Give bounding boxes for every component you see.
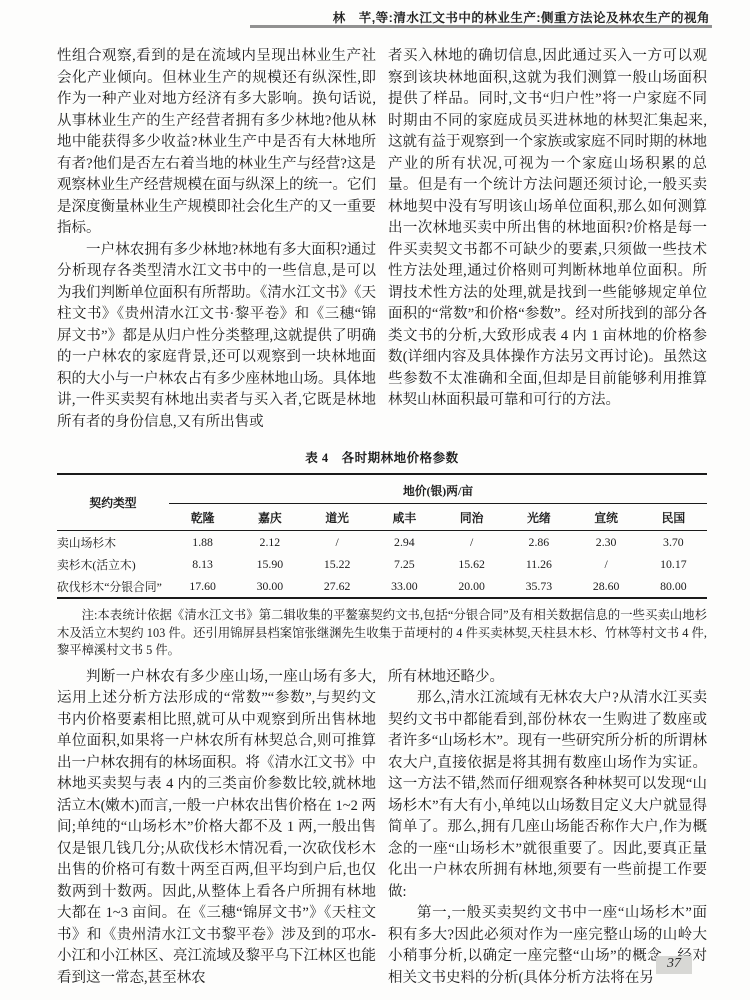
paragraph: 性组合观察,看到的是在流域内呈现出林业生产社会化产业倾向。但林业生产的规模还有纵… [57, 46, 376, 240]
column-header: 宣统 [573, 504, 640, 531]
table-row-header: 契约类型 [57, 474, 169, 531]
table-cell: 3.70 [640, 531, 707, 554]
table-cell: 20.00 [438, 575, 505, 598]
table-cell: 11.26 [505, 553, 572, 575]
table-row: 卖山场杉木 1.88 2.12 / 2.94 / 2.86 2.30 3.70 [57, 531, 707, 554]
column-header: 同治 [438, 504, 505, 531]
paragraph: 那么,清水江流域有无林农大户?从清水江买卖契约文书中都能看到,部份林农一生购进了… [388, 688, 707, 903]
table-cell: / [573, 553, 640, 575]
table-cell: / [304, 531, 371, 554]
table-cell: / [438, 531, 505, 554]
table-cell: 35.73 [505, 575, 572, 598]
row-label: 卖山场杉木 [57, 531, 169, 554]
running-header: 林 芊,等:清水江文书中的林业生产:侧重方法论及林农生产的视角 [333, 8, 710, 26]
table-cell: 15.22 [304, 553, 371, 575]
table-cell: 8.13 [169, 553, 236, 575]
row-label: 砍伐杉木“分银合同” [57, 575, 169, 598]
row-label: 卖杉木(活立木) [57, 553, 169, 575]
column-header: 乾隆 [169, 504, 236, 531]
top-left-column: 性组合观察,看到的是在流域内呈现出林业生产社会化产业倾向。但林业生产的规模还有纵… [57, 46, 376, 433]
table-title: 表 4 各时期林地价格参数 [57, 448, 707, 466]
bottom-left-column: 判断一户林农有多少座山场,一座山场有多大,运用上述分析方法形成的“常数”“参数”… [57, 667, 376, 990]
table-cell: 28.60 [573, 575, 640, 598]
paragraph: 判断一户林农有多少座山场,一座山场有多大,运用上述分析方法形成的“常数”“参数”… [57, 667, 376, 990]
table-row: 砍伐杉木“分银合同” 17.60 30.00 27.62 33.00 20.00… [57, 575, 707, 598]
table-group-header: 地价(银)两/亩 [169, 474, 707, 504]
paragraph: 一户林农拥有多少林地?林地有多大面积?通过分析现存各类型清水江文书中的一些信息,… [57, 240, 376, 434]
top-columns: 性组合观察,看到的是在流域内呈现出林业生产社会化产业倾向。但林业生产的规模还有纵… [57, 46, 707, 433]
price-table: 契约类型 地价(银)两/亩 乾隆 嘉庆 道光 咸丰 同治 光绪 宣统 民国 [57, 473, 707, 599]
page-content: 性组合观察,看到的是在流域内呈现出林业生产社会化产业倾向。但林业生产的规模还有纵… [57, 46, 707, 989]
paragraph: 者买入林地的确切信息,因此通过买入一方可以观察到该块林地面积,这就为我们测算一般… [388, 46, 707, 412]
table-cell: 2.30 [573, 531, 640, 554]
header-rule [250, 25, 712, 28]
table-cell: 1.88 [169, 531, 236, 554]
table-cell: 15.62 [438, 553, 505, 575]
table-cell: 2.12 [236, 531, 303, 554]
table-cell: 2.86 [505, 531, 572, 554]
table-block: 表 4 各时期林地价格参数 契约类型 地价(银)两/亩 乾隆 嘉庆 道光 咸丰 … [57, 448, 707, 660]
table-cell: 7.25 [371, 553, 438, 575]
table-cell: 2.94 [371, 531, 438, 554]
table-cell: 33.00 [371, 575, 438, 598]
column-header: 民国 [640, 504, 707, 531]
table-header-row: 契约类型 地价(银)两/亩 [57, 474, 707, 504]
bottom-columns: 判断一户林农有多少座山场,一座山场有多大,运用上述分析方法形成的“常数”“参数”… [57, 667, 707, 990]
paragraph: 所有林地还略少。 [388, 667, 707, 689]
column-header: 道光 [304, 504, 371, 531]
top-right-column: 者买入林地的确切信息,因此通过买入一方可以观察到该块林地面积,这就为我们测算一般… [388, 46, 707, 433]
table-cell: 80.00 [640, 575, 707, 598]
table-cell: 30.00 [236, 575, 303, 598]
paragraph: 第一,一般买卖契约文书中一座“山场杉木”面积有多大?因此必须对作为一座完整山场的… [388, 903, 707, 989]
bottom-right-column: 所有林地还略少。 那么,清水江流域有无林农大户?从清水江买卖契约文书中都能看到,… [388, 667, 707, 990]
table-cell: 10.17 [640, 553, 707, 575]
journal-page: 林 芊,等:清水江文书中的林业生产:侧重方法论及林农生产的视角 性组合观察,看到… [0, 0, 750, 1000]
table-row: 卖杉木(活立木) 8.13 15.90 15.22 7.25 15.62 11.… [57, 553, 707, 575]
column-header: 嘉庆 [236, 504, 303, 531]
table-note: 注:本表统计依据《清水江文书》第二辑收集的平鳌寨契约文书,包括“分银合同”及有相… [57, 607, 707, 660]
table-cell: 17.60 [169, 575, 236, 598]
column-header: 光绪 [505, 504, 572, 531]
table-cell: 27.62 [304, 575, 371, 598]
column-header: 咸丰 [371, 504, 438, 531]
table-cell: 15.90 [236, 553, 303, 575]
page-number: 37 [656, 956, 692, 974]
